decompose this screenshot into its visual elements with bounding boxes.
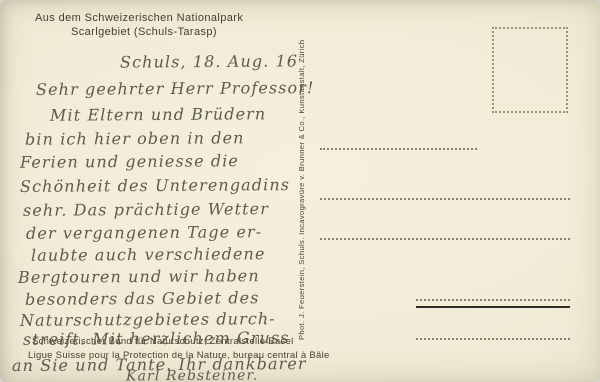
handwritten-line: Mit Eltern und Brüdern xyxy=(50,104,266,125)
handwritten-dateline: Schuls, 18. Aug. 16 xyxy=(120,51,298,71)
address-line-2 xyxy=(320,198,570,200)
handwritten-line: Schönheit des Unterengadins xyxy=(20,175,290,196)
address-line-4 xyxy=(416,299,570,301)
handwritten-line: der vergangenen Tage er- xyxy=(26,222,262,243)
handwritten-line: bin ich hier oben in den xyxy=(25,128,245,149)
address-line-1 xyxy=(320,148,477,150)
postcard-back: Aus dem Schweizerischen Nationalpark Sca… xyxy=(0,0,600,382)
handwritten-line: streift. Mit herzlichem Gruss xyxy=(23,328,290,349)
handwritten-signature: Karl Rebsteiner. xyxy=(126,368,258,382)
printed-header: Aus dem Schweizerischen Nationalpark Sca… xyxy=(35,11,253,39)
stamp-box xyxy=(492,27,568,113)
address-line-3 xyxy=(320,238,570,240)
handwritten-line: laubte auch verschiedene xyxy=(31,244,266,265)
header-line2: Scarlgebiet (Schuls-Tarasp) xyxy=(35,25,253,39)
handwritten-line: Naturschutzgebietes durch- xyxy=(20,309,276,330)
address-line-solid xyxy=(416,306,570,308)
handwritten-line: Sehr geehrter Herr Professor! xyxy=(36,78,315,99)
handwritten-line: Ferien und geniesse die xyxy=(20,151,239,172)
handwritten-line: Bergtouren und wir haben xyxy=(18,266,260,287)
header-line1: Aus dem Schweizerischen Nationalpark xyxy=(35,11,253,25)
handwritten-line: sehr. Das prächtige Wetter xyxy=(23,199,269,220)
address-line-5 xyxy=(416,338,570,340)
handwritten-line: besonders das Gebiet des xyxy=(25,288,260,309)
